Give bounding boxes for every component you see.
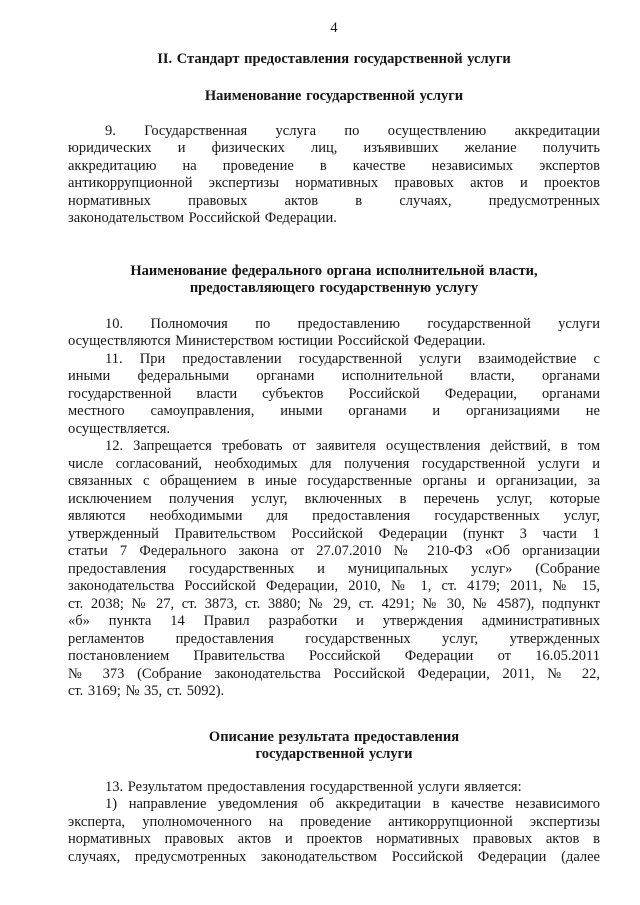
page-number-line-1: 4	[68, 20, 600, 38]
document-body: 4II. Стандарт предоставления государстве…	[68, 20, 600, 866]
paragraph-12-line-8: предоставления государственных и муницип…	[68, 561, 600, 579]
paragraph-12: 12. Запрещается требовать от заявителя о…	[68, 438, 600, 701]
heading-federal-body: Наименование федерального органа исполни…	[68, 263, 600, 298]
heading-result-description: Описание результата предоставлениягосуда…	[68, 729, 600, 764]
paragraph-13-intro: 13. Результатом предоставления государст…	[68, 779, 600, 797]
paragraph-9-line-3: аккредитацию на проведение в качестве не…	[68, 158, 600, 176]
paragraph-10-line-1: 10. Полномочия по предоставлению государ…	[68, 316, 600, 334]
paragraph-12-line-5: являются необходимыми для предоставления…	[68, 508, 600, 526]
paragraph-9-line-6: законодательством Российской Федерации.	[68, 210, 600, 228]
heading-service-name-line-1: Наименование государственной услуги	[68, 88, 600, 106]
paragraph-9-line-2: юридических и физических лиц, изъявивших…	[68, 140, 600, 158]
paragraph-13-item-1-line-3: нормативных правовых актов и проектов но…	[68, 831, 600, 849]
heading-service-name: Наименование государственной услуги	[68, 88, 600, 106]
paragraph-12-line-11: «б» пункта 14 Правил разработки и утверж…	[68, 613, 600, 631]
paragraph-12-line-9: законодательства Российской Федерации, 2…	[68, 578, 600, 596]
paragraph-11-line-1: 11. При предоставлении государственной у…	[68, 351, 600, 369]
heading-federal-body-line-1: Наименование федерального органа исполни…	[68, 263, 600, 281]
paragraph-12-line-13: постановлением Правительства Российской …	[68, 648, 600, 666]
paragraph-10: 10. Полномочия по предоставлению государ…	[68, 316, 600, 351]
paragraph-13-item-1: 1) направление уведомления об аккредитац…	[68, 796, 600, 866]
paragraph-13-item-1-line-1: 1) направление уведомления об аккредитац…	[68, 796, 600, 814]
paragraph-12-line-12: регламентов предоставления государственн…	[68, 631, 600, 649]
paragraph-10-line-2: осуществляются Министерством юстиции Рос…	[68, 333, 600, 351]
heading-federal-body-line-2: предоставляющего государственную услугу	[68, 280, 600, 298]
paragraph-12-line-15: ст. 3169; № 35, ст. 5092).	[68, 683, 600, 701]
page-number: 4	[68, 20, 600, 38]
paragraph-12-line-6: утвержденный Правительством Российской Ф…	[68, 526, 600, 544]
paragraph-13-intro-line-1: 13. Результатом предоставления государст…	[68, 779, 600, 797]
section-heading-standard-line-1: II. Стандарт предоставления государствен…	[68, 51, 600, 69]
paragraph-11-line-2: иными федеральными органами исполнительн…	[68, 368, 600, 386]
paragraph-13-item-1-line-4: случаях, предусмотренных законодательств…	[68, 849, 600, 867]
paragraph-12-line-14: № 373 (Собрание законодательства Российс…	[68, 666, 600, 684]
paragraph-9: 9. Государственная услуга по осуществлен…	[68, 123, 600, 228]
document-page: 4II. Стандарт предоставления государстве…	[0, 0, 640, 905]
paragraph-11-line-5: осуществляется.	[68, 421, 600, 439]
paragraph-12-line-1: 12. Запрещается требовать от заявителя о…	[68, 438, 600, 456]
heading-result-description-line-2: государственной услуги	[68, 746, 600, 764]
paragraph-12-line-7: статьи 7 Федерального закона от 27.07.20…	[68, 543, 600, 561]
heading-result-description-line-1: Описание результата предоставления	[68, 729, 600, 747]
paragraph-11-line-3: государственной власти субъектов Российс…	[68, 386, 600, 404]
paragraph-12-line-2: числе согласований, необходимых для полу…	[68, 456, 600, 474]
paragraph-11: 11. При предоставлении государственной у…	[68, 351, 600, 439]
paragraph-9-line-4: антикоррупционной экспертизы нормативных…	[68, 175, 600, 193]
paragraph-11-line-4: местного самоуправления, иными органами …	[68, 403, 600, 421]
paragraph-13-item-1-line-2: эксперта, уполномоченного на проведение …	[68, 814, 600, 832]
paragraph-9-line-5: нормативных правовых актов в случаях, пр…	[68, 193, 600, 211]
paragraph-12-line-10: ст. 2038; № 27, ст. 3873, ст. 3880; № 29…	[68, 596, 600, 614]
paragraph-12-line-3: связанных с обращением в иные государств…	[68, 473, 600, 491]
paragraph-9-line-1: 9. Государственная услуга по осуществлен…	[68, 123, 600, 141]
section-heading-standard: II. Стандарт предоставления государствен…	[68, 51, 600, 69]
paragraph-12-line-4: исключением получения услуг, включенных …	[68, 491, 600, 509]
